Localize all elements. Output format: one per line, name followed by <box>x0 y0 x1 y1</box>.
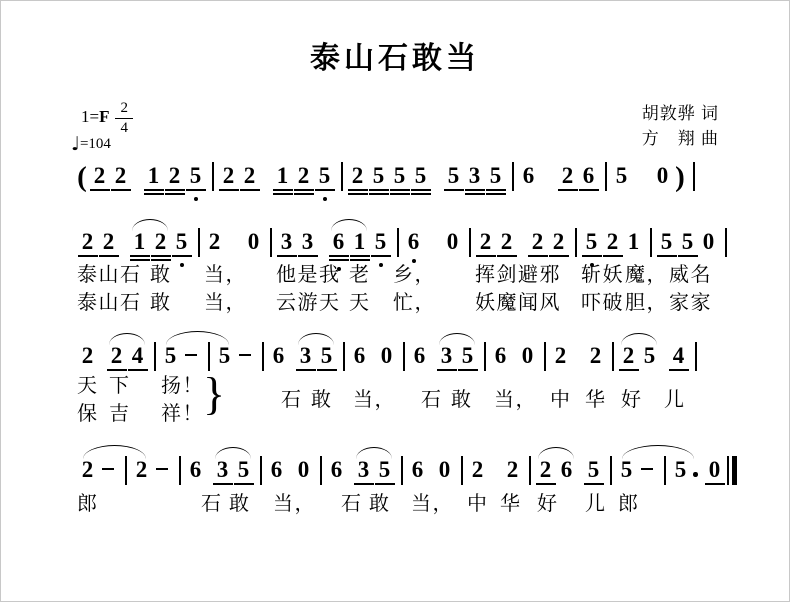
barline <box>644 229 656 255</box>
lyric-syllable: 石 <box>201 487 223 516</box>
note: 5 <box>616 457 637 483</box>
note: 2 <box>527 229 548 255</box>
music-line-2: 221252033615602222521550 <box>77 229 731 259</box>
note: 2 <box>77 457 98 483</box>
note: 2 <box>557 163 578 189</box>
beam-underline <box>273 189 293 191</box>
meter-denominator: 4 <box>115 119 133 136</box>
note: 5 <box>389 163 410 189</box>
note: 5 <box>233 457 254 483</box>
spacer <box>632 163 652 189</box>
lyric-syllable: 敢 <box>229 487 251 516</box>
spacer <box>318 229 328 255</box>
note: 2 <box>618 343 639 369</box>
slur-group: 26 <box>535 457 577 483</box>
barline <box>523 457 535 483</box>
lyric-syllable: 郎 <box>77 487 99 516</box>
note: 0 <box>243 229 264 255</box>
beam-underline <box>144 189 164 191</box>
lyric-syllable: 当， <box>411 487 454 516</box>
key-signature: 1=F24 <box>81 101 133 136</box>
slur-group: 35 <box>353 457 395 483</box>
spacer <box>260 163 272 189</box>
beam-underline <box>294 189 314 191</box>
tie-group: 22 <box>77 457 152 483</box>
lyrics-row: 泰山石敢当，云游天天忙，妖魔闻风吓破胆，家家 <box>1 286 789 310</box>
note: 3 <box>212 457 233 483</box>
barline <box>192 229 204 255</box>
lyric-syllable: 他是我 <box>276 258 341 287</box>
barline <box>391 229 403 255</box>
note: 2 <box>496 229 517 255</box>
lyric-syllable: 华 <box>500 487 522 516</box>
beam-underline <box>579 189 599 191</box>
beam-underline <box>277 255 297 257</box>
barline <box>256 343 268 369</box>
augmentation-dot <box>691 457 700 483</box>
meter-numerator: 2 <box>115 101 133 119</box>
beam-underline <box>130 255 150 257</box>
note: 0 <box>704 457 725 483</box>
lyric-syllable: 吉 <box>109 397 131 426</box>
note: 5 <box>670 457 691 483</box>
barline <box>506 163 518 189</box>
note: 0 <box>434 457 455 483</box>
credits: 胡敦骅 词 方 翔 曲 <box>642 101 719 151</box>
beam-underline <box>584 483 604 485</box>
barline <box>206 163 218 189</box>
note: 6 <box>407 457 428 483</box>
beam-underline <box>90 189 110 191</box>
note: 2 <box>77 229 98 255</box>
note: 2 <box>535 457 556 483</box>
lyrics-row: 郎石敢当，石敢当，中华好儿郎 <box>1 487 789 511</box>
note: 5 <box>368 163 389 189</box>
beam-underline <box>558 189 578 191</box>
lyric-syllable: 中 <box>467 487 489 516</box>
note: 5 <box>214 343 235 369</box>
beam-underline <box>528 255 548 257</box>
lyric-syllable: 老 <box>349 258 371 287</box>
beam-underline <box>486 189 506 191</box>
tempo-marking: ♩=104 <box>71 133 111 155</box>
beam-underline <box>350 255 370 257</box>
lyric-syllable: 妖魔闻风 <box>475 286 561 315</box>
composer-credit: 方 翔 曲 <box>642 126 719 151</box>
barline <box>599 163 611 189</box>
note: 3 <box>353 457 374 483</box>
note: 2 <box>110 163 131 189</box>
tie-group: 55 <box>616 457 700 483</box>
lyric-syllable: 魔， <box>625 258 668 287</box>
note: 0 <box>652 163 673 189</box>
half-note-dash <box>181 343 202 369</box>
beam-underline <box>186 189 206 191</box>
beam-underline <box>536 483 556 485</box>
note: 2 <box>131 457 152 483</box>
note: 1 <box>143 163 164 189</box>
barline <box>202 343 214 369</box>
tempo-value: =104 <box>80 136 111 152</box>
spacer <box>119 229 129 255</box>
note: 0 <box>376 343 397 369</box>
note: 5 <box>639 343 660 369</box>
spacer <box>571 343 585 369</box>
barline <box>455 457 467 483</box>
note: 1 <box>623 229 644 255</box>
note: 2 <box>77 343 98 369</box>
note: 1 <box>129 229 150 255</box>
beam-underline <box>329 255 349 257</box>
note: 6 <box>518 163 539 189</box>
beam-underline <box>165 189 185 191</box>
note: 5 <box>374 457 395 483</box>
beam-underline <box>144 193 164 195</box>
beam-underline <box>497 255 517 257</box>
lyric-syllable: 敢 <box>369 487 391 516</box>
note: 4 <box>127 343 148 369</box>
beam-underline <box>603 255 623 257</box>
note: 5 <box>185 163 206 189</box>
beam-underline <box>582 255 602 257</box>
beam-underline <box>348 189 368 191</box>
beam-underline <box>219 189 239 191</box>
note: 6 <box>409 343 430 369</box>
half-note-dash <box>637 457 658 483</box>
note: 2 <box>550 343 571 369</box>
verse-brace: } <box>203 367 225 420</box>
quarter-note-icon: ♩ <box>71 133 80 155</box>
barline <box>254 457 266 483</box>
octave-dot <box>194 197 198 201</box>
note: 5 <box>160 343 181 369</box>
spacer <box>98 343 106 369</box>
lyric-syllable: 云游天 <box>276 286 341 315</box>
lyricist-credit: 胡敦骅 词 <box>642 101 719 126</box>
barline <box>478 343 490 369</box>
note: 5 <box>485 163 506 189</box>
spacer <box>488 457 502 483</box>
beam-underline <box>369 193 389 195</box>
half-note-dash <box>152 457 173 483</box>
note: 2 <box>239 163 260 189</box>
slur-group: 25 <box>618 343 660 369</box>
slur-group: 12 <box>129 229 171 255</box>
note: 5 <box>370 229 391 255</box>
octave-dot <box>323 197 327 201</box>
music-line-1: (2212522125255553562650) <box>75 163 699 193</box>
note: 6 <box>578 163 599 189</box>
barline <box>395 457 407 483</box>
lyric-syllable: 郎 <box>618 487 640 516</box>
beam-underline <box>411 193 431 195</box>
beam-underline <box>390 193 410 195</box>
beam-underline <box>465 193 485 195</box>
lyric-syllable: 当， <box>204 286 247 315</box>
barline <box>604 457 616 483</box>
barline <box>606 343 618 369</box>
note: 0 <box>293 457 314 483</box>
barline <box>148 343 160 369</box>
lyric-syllable: 当， <box>273 487 316 516</box>
note: 2 <box>347 163 368 189</box>
lyric-syllable: 敢 <box>150 286 172 315</box>
spacer <box>517 229 527 255</box>
note: 5 <box>611 163 632 189</box>
spacer <box>131 163 143 189</box>
note: 2 <box>293 163 314 189</box>
barline <box>335 163 347 189</box>
note: 2 <box>89 163 110 189</box>
beam-underline <box>371 255 391 257</box>
note: 2 <box>548 229 569 255</box>
note: 2 <box>98 229 119 255</box>
barline <box>687 163 699 189</box>
slur-group: 61 <box>328 229 370 255</box>
barline <box>397 343 409 369</box>
lyric-syllable: 好 <box>537 487 559 516</box>
music-line-4: 22635606356022265550 <box>77 457 739 487</box>
beam-underline <box>705 483 725 485</box>
beam-underline <box>234 483 254 485</box>
beam-underline <box>354 483 374 485</box>
lyric-syllable: 忙， <box>393 286 436 315</box>
lyric-syllable: 家家 <box>669 286 712 315</box>
lyric-syllable: 乡， <box>393 258 436 287</box>
barline <box>463 229 475 255</box>
lyric-syllable: 儿 <box>585 487 607 516</box>
beam-underline <box>165 193 185 195</box>
key-tonic: F <box>99 107 109 126</box>
note: 2 <box>602 229 623 255</box>
barline <box>337 343 349 369</box>
note: 2 <box>502 457 523 483</box>
note: 3 <box>297 229 318 255</box>
spacer <box>660 343 668 369</box>
lyric-syllable: 吓破 <box>581 286 624 315</box>
beam-underline <box>390 189 410 191</box>
note: 2 <box>150 229 171 255</box>
barline <box>264 229 276 255</box>
lyric-syllable: 祥！ <box>161 397 204 426</box>
beam-underline <box>240 189 260 191</box>
note: 1 <box>349 229 370 255</box>
note: 2 <box>467 457 488 483</box>
lyric-syllable: 泰山石 <box>77 258 142 287</box>
note: 0 <box>698 229 719 255</box>
barline <box>658 457 670 483</box>
note: 5 <box>443 163 464 189</box>
lyrics-row: 泰山石敢当，他是我老乡，挥剑避邪斩妖魔，威名 <box>1 258 789 282</box>
note: 5 <box>677 229 698 255</box>
note: 5 <box>314 163 335 189</box>
beam-underline <box>476 255 496 257</box>
lyric-syllable: 斩妖 <box>581 258 624 287</box>
tie-group: 55 <box>160 343 235 369</box>
beam-underline <box>315 189 335 191</box>
beam-underline <box>444 189 464 191</box>
lyric-syllable: 保 <box>77 397 99 426</box>
note: 6 <box>268 343 289 369</box>
slur-group: 35 <box>436 343 478 369</box>
barline <box>173 457 185 483</box>
note: 3 <box>295 343 316 369</box>
beam-underline <box>465 189 485 191</box>
note: 6 <box>556 457 577 483</box>
sheet-music-page: 泰山石敢当 1=F24 ♩=104 胡敦骅 词 方 翔 曲 (221252212… <box>0 0 790 602</box>
note: 5 <box>316 343 337 369</box>
beam-underline <box>411 189 431 191</box>
spacer <box>225 229 243 255</box>
final-barline <box>725 457 739 483</box>
beam-underline <box>678 255 698 257</box>
note: 6 <box>326 457 347 483</box>
note: 6 <box>349 343 370 369</box>
lyrics-row: 保吉祥！ <box>1 397 789 421</box>
beam-underline <box>294 193 314 195</box>
beam-underline <box>213 483 233 485</box>
lyric-syllable: 泰山石 <box>77 286 142 315</box>
lyric-syllable: 石 <box>341 487 363 516</box>
slur-group: 24 <box>106 343 148 369</box>
lyric-syllable: 挥剑避邪 <box>475 258 561 287</box>
spacer <box>424 229 442 255</box>
song-title: 泰山石敢当 <box>1 33 789 77</box>
note: 2 <box>164 163 185 189</box>
note: 5 <box>457 343 478 369</box>
note: 2 <box>106 343 127 369</box>
spacer <box>539 163 557 189</box>
note: 2 <box>204 229 225 255</box>
beam-underline <box>298 255 318 257</box>
beam-underline <box>151 255 171 257</box>
beam-underline <box>657 255 677 257</box>
note: 2 <box>475 229 496 255</box>
barline <box>314 457 326 483</box>
note: 6 <box>328 229 349 255</box>
close-paren: ) <box>673 163 687 189</box>
note: 6 <box>185 457 206 483</box>
lyric-syllable: 威名 <box>669 258 712 287</box>
note: 0 <box>517 343 538 369</box>
beam-underline <box>99 255 119 257</box>
note: 4 <box>668 343 689 369</box>
beam-underline <box>375 483 395 485</box>
beam-underline <box>111 189 131 191</box>
note: 5 <box>410 163 431 189</box>
half-note-dash <box>98 457 119 483</box>
note: 3 <box>436 343 457 369</box>
barline <box>119 457 131 483</box>
note: 1 <box>272 163 293 189</box>
note: 2 <box>585 343 606 369</box>
beam-underline <box>348 193 368 195</box>
spacer <box>431 163 443 189</box>
note: 5 <box>171 229 192 255</box>
lyric-syllable: 天 <box>349 286 371 315</box>
half-note-dash <box>235 343 256 369</box>
note: 3 <box>276 229 297 255</box>
key-prefix: 1= <box>81 107 99 126</box>
beam-underline <box>486 193 506 195</box>
lyric-syllable: 胆， <box>625 286 668 315</box>
open-paren: ( <box>75 163 89 189</box>
note: 6 <box>266 457 287 483</box>
slur-group: 35 <box>295 343 337 369</box>
barline <box>569 229 581 255</box>
barline <box>538 343 550 369</box>
time-signature: 24 <box>115 101 133 136</box>
note: 5 <box>583 457 604 483</box>
lyric-syllable: 当， <box>204 258 247 287</box>
beam-underline <box>549 255 569 257</box>
note: 6 <box>490 343 511 369</box>
note: 3 <box>464 163 485 189</box>
beam-underline <box>172 255 192 257</box>
slur-group: 35 <box>212 457 254 483</box>
note: 0 <box>442 229 463 255</box>
barline <box>719 229 731 255</box>
note: 2 <box>218 163 239 189</box>
lyric-syllable: 敢 <box>150 258 172 287</box>
beam-underline <box>273 193 293 195</box>
beam-underline <box>78 255 98 257</box>
beam-underline <box>369 189 389 191</box>
barline <box>689 343 701 369</box>
note: 5 <box>581 229 602 255</box>
note: 6 <box>403 229 424 255</box>
note: 5 <box>656 229 677 255</box>
